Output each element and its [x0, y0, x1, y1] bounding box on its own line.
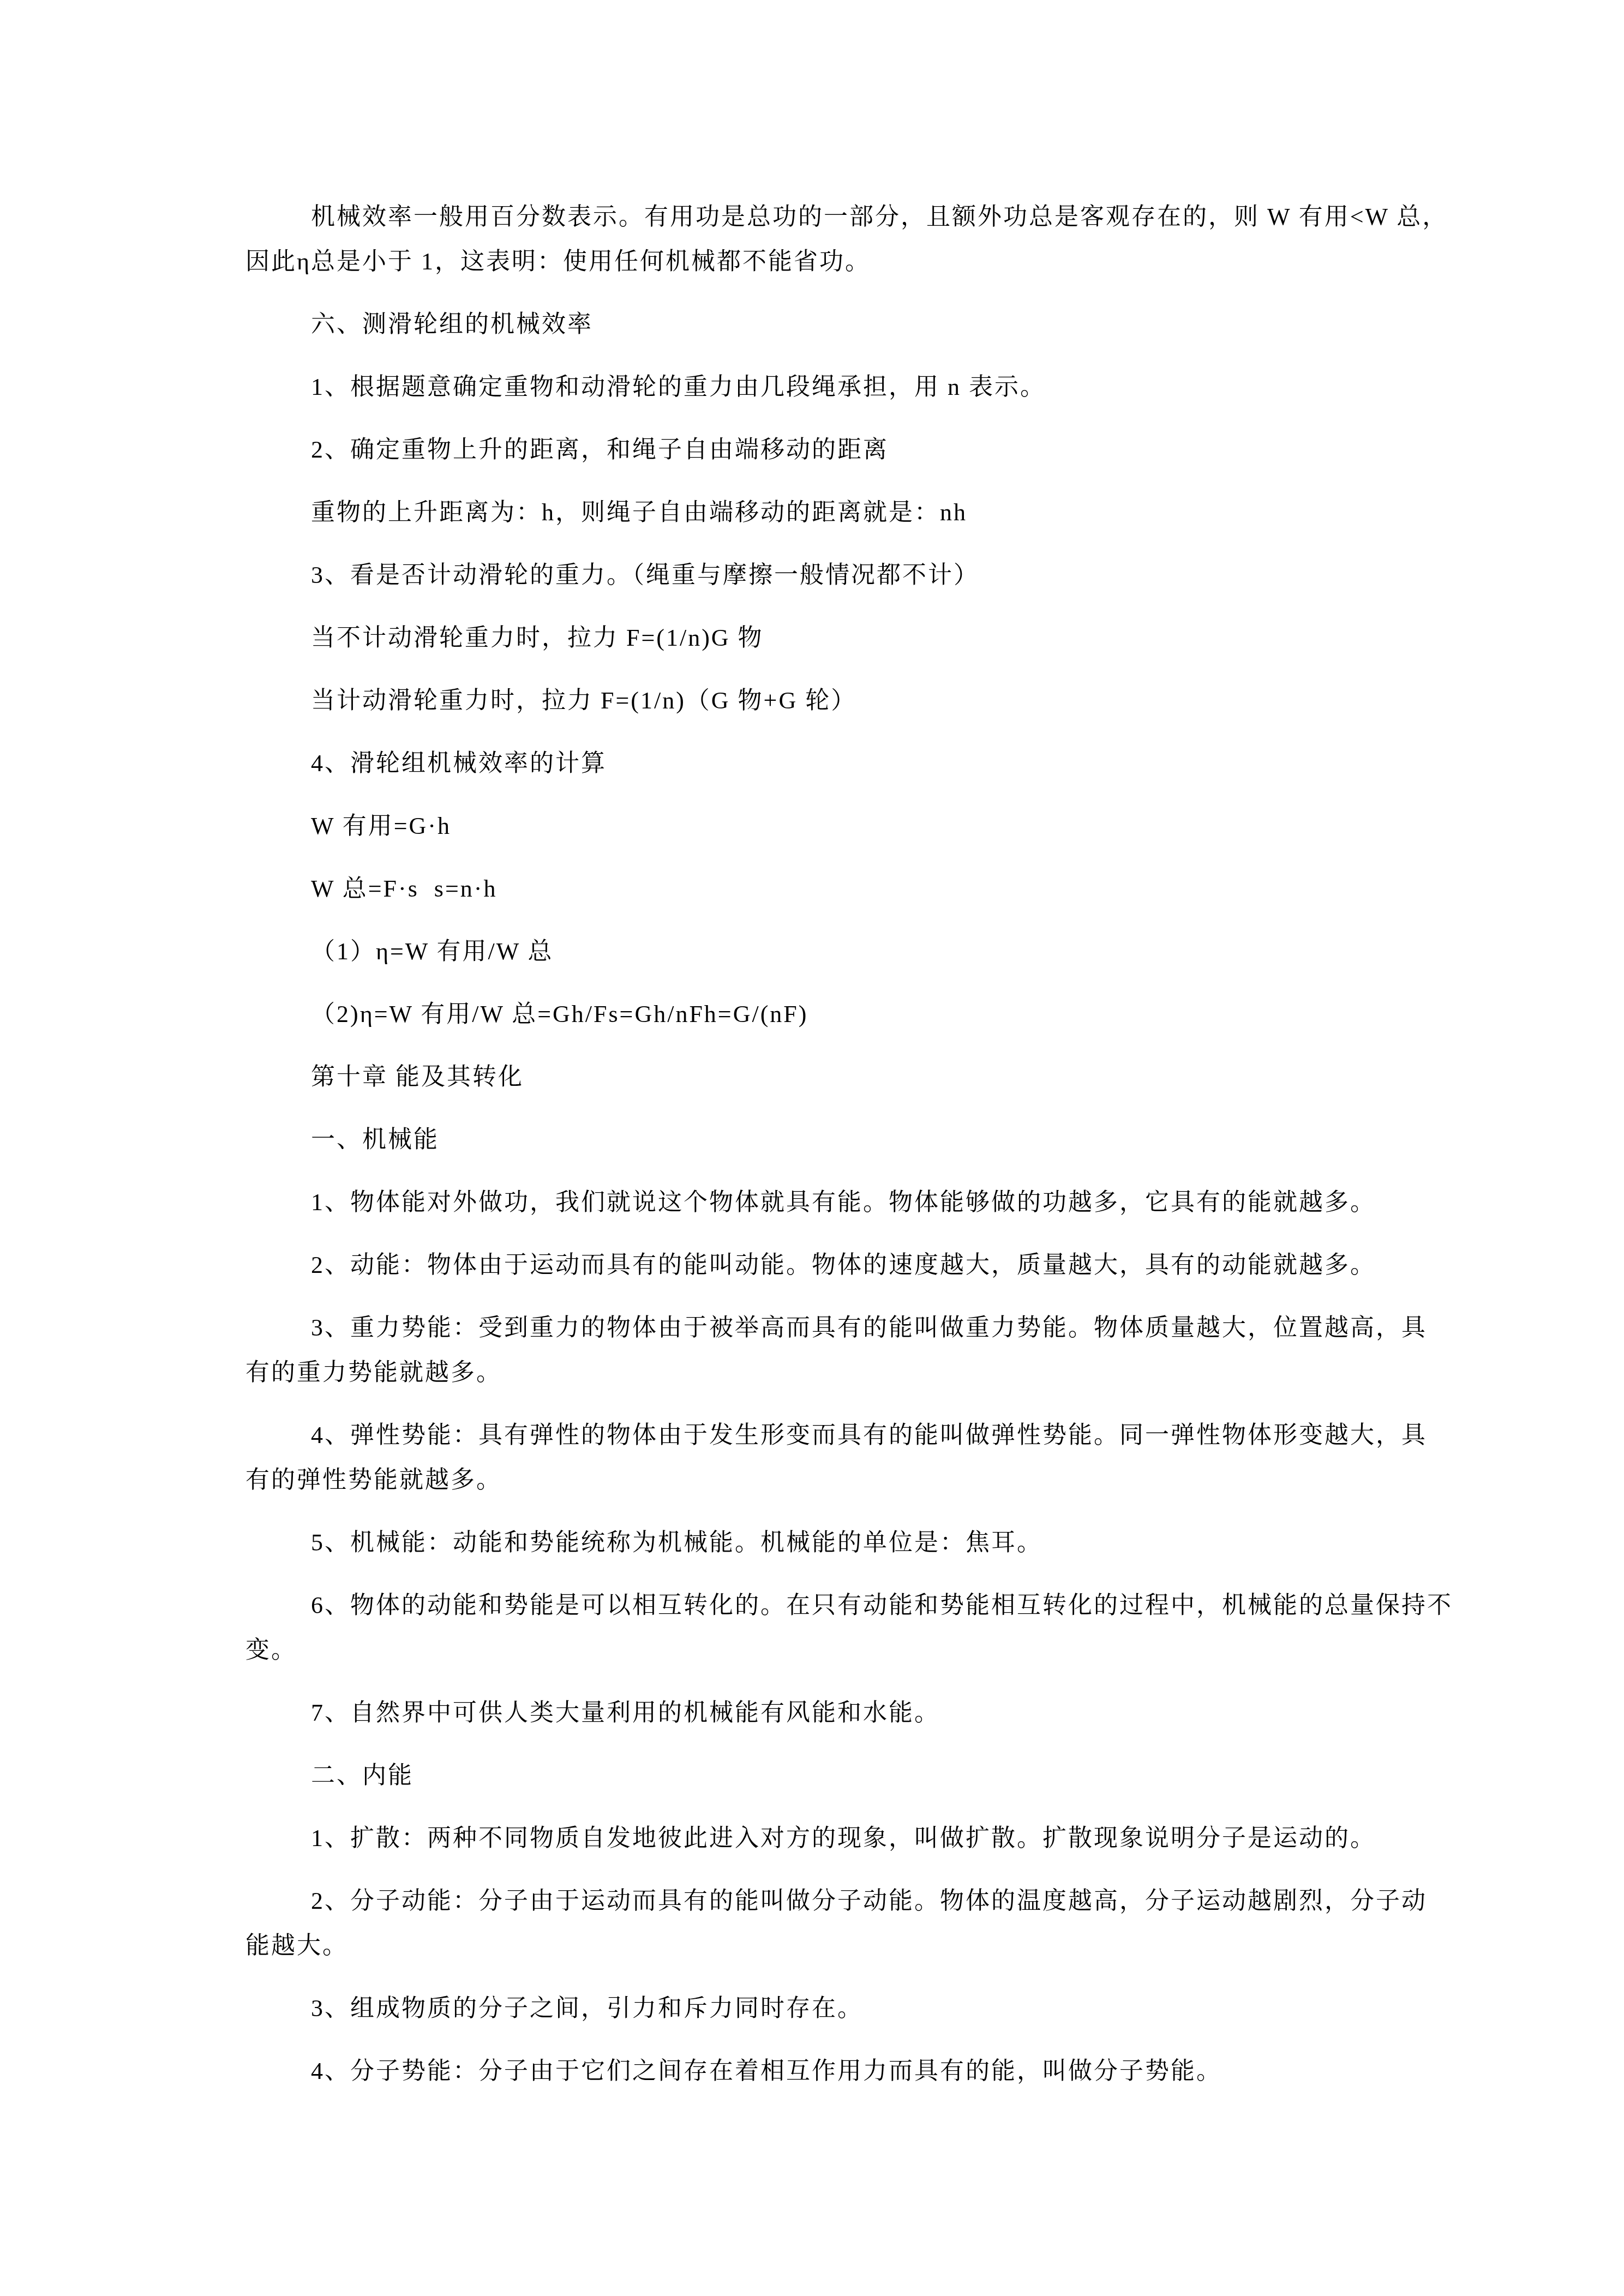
- text-line: 2、分子动能：分子由于运动而具有的能叫做分子动能。物体的温度越高，分子运动越剧烈…: [245, 1879, 1428, 1924]
- text-line: 3、重力势能：受到重力的物体由于被举高而具有的能叫做重力势能。物体质量越大，位置…: [245, 1306, 1428, 1350]
- text-line: 6、物体的动能和势能是可以相互转化的。在只有动能和势能相互转化的过程中，机械能的…: [245, 1583, 1428, 1628]
- formula-line: W 总=F·s s=n·h: [245, 867, 1428, 911]
- section-heading: 二、内能: [245, 1753, 1428, 1798]
- section-heading: 一、机械能: [245, 1117, 1428, 1162]
- text-line: 因此η总是小于 1，这表明：使用任何机械都不能省功。: [245, 239, 1428, 284]
- formula-line: （1）η=W 有用/W 总: [245, 929, 1428, 974]
- text-line: 3、组成物质的分子之间，引力和斥力同时存在。: [245, 1986, 1428, 2031]
- text-line: 4、滑轮组机械效率的计算: [245, 741, 1428, 786]
- section-heading: 六、测滑轮组的机械效率: [245, 302, 1428, 347]
- text-line: 4、分子势能：分子由于它们之间存在着相互作用力而具有的能，叫做分子势能。: [245, 2049, 1428, 2094]
- text-line: 3、看是否计动滑轮的重力。（绳重与摩擦一般情况都不计）: [245, 553, 1428, 598]
- text-line: 1、物体能对外做功，我们就说这个物体就具有能。物体能够做的功越多，它具有的能就越…: [245, 1180, 1428, 1225]
- text-line: 4、弹性势能：具有弹性的物体由于发生形变而具有的能叫做弹性势能。同一弹性物体形变…: [245, 1413, 1428, 1458]
- text-line: 变。: [245, 1628, 1428, 1673]
- chapter-heading: 第十章 能及其转化: [245, 1055, 1428, 1099]
- text-line: 1、根据题意确定重物和动滑轮的重力由几段绳承担，用 n 表示。: [245, 365, 1428, 410]
- formula-line: （2)η=W 有用/W 总=Gh/Fs=Gh/nFh=G/(nF): [245, 992, 1428, 1037]
- formula-line: 当计动滑轮重力时，拉力 F=(1/n)（G 物+G 轮）: [245, 678, 1428, 723]
- text-line: 重物的上升距离为：h，则绳子自由端移动的距离就是：nh: [245, 490, 1428, 535]
- text-line: 5、机械能：动能和势能统称为机械能。机械能的单位是：焦耳。: [245, 1520, 1428, 1565]
- formula-line: 当不计动滑轮重力时，拉力 F=(1/n)G 物: [245, 616, 1428, 660]
- text-line: 7、自然界中可供人类大量利用的机械能有风能和水能。: [245, 1691, 1428, 1735]
- text-line: 能越大。: [245, 1924, 1428, 1968]
- text-line: 2、动能：物体由于运动而具有的能叫动能。物体的速度越大，质量越大，具有的动能就越…: [245, 1243, 1428, 1288]
- text-line: 机械效率一般用百分数表示。有用功是总功的一部分，且额外功总是客观存在的，则 W …: [245, 195, 1428, 239]
- document-page: 机械效率一般用百分数表示。有用功是总功的一部分，且额外功总是客观存在的，则 W …: [0, 0, 1624, 2296]
- text-line: 1、扩散：两种不同物质自发地彼此进入对方的现象，叫做扩散。扩散现象说明分子是运动…: [245, 1816, 1428, 1861]
- text-line: 2、确定重物上升的距离，和绳子自由端移动的距离: [245, 428, 1428, 472]
- text-line: 有的重力势能就越多。: [245, 1350, 1428, 1395]
- formula-line: W 有用=G·h: [245, 804, 1428, 849]
- text-line: 有的弹性势能就越多。: [245, 1458, 1428, 1502]
